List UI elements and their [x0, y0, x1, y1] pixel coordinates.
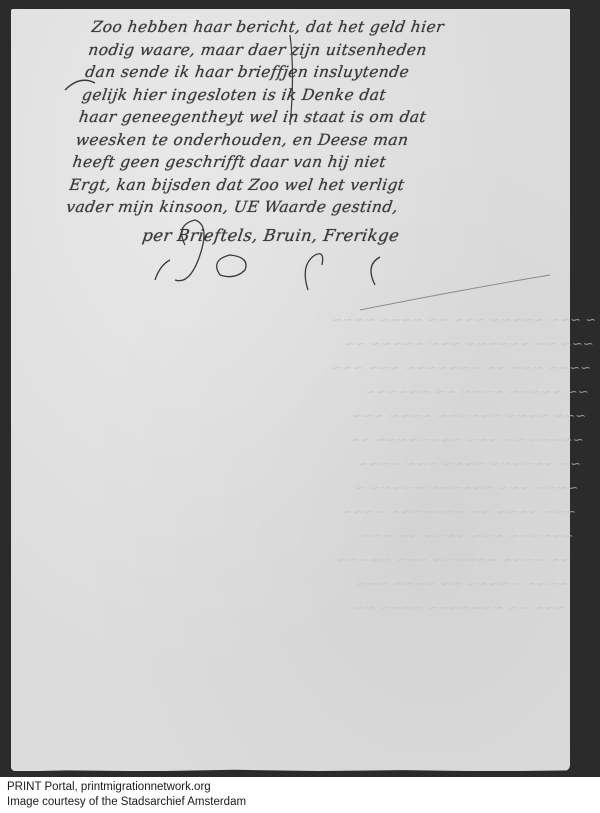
letter-line-7: heeft geen geschrifft daar van hij niet	[71, 151, 574, 174]
signature-line: per Brieftels, Bruin, Frerikge	[61, 225, 564, 248]
letter-body: Zoo hebben haar bericht, dat het geld hi…	[61, 16, 593, 247]
letter-line-9: vader mijn kinsoon, UE Waarde gestind,	[65, 196, 568, 219]
scan-frame: ~ ~~~ ~~~~~ ~~~ ~~ ~~~~ ~~~~ ~~~ ~~ ~~~~…	[0, 0, 600, 777]
caption-credit: Image courtesy of the Stadsarchief Amste…	[7, 795, 246, 810]
bleed-line: ~~ ~~~~~~ ~~~~ ~~~ ~~~~	[110, 453, 583, 477]
bleed-line: ~~~~ ~~~~~ ~~ ~~~~ ~~~	[97, 573, 570, 597]
bleed-line: ~~~~~ ~~ ~~~ ~~~~~~~~ ~~	[112, 429, 585, 453]
image-caption: PRINT Portal, printmigrationnetwork.org …	[7, 780, 246, 810]
bleed-line: ~ ~~~ ~~~~~ ~~~ ~~ ~~~~ ~~~~	[125, 309, 598, 333]
bleed-line: ~~~ ~~~~ ~~ ~~~~~~~ ~~~~	[105, 501, 578, 525]
bleed-line: ~~~~ ~~~ ~~~~~~ ~~~~~ ~	[107, 477, 580, 501]
bleed-through-text: ~ ~~~ ~~~~~ ~~~ ~~ ~~~~ ~~~~ ~~~ ~~ ~~~~…	[95, 309, 598, 621]
bleed-line: ~~~ ~~ ~~~~~~ ~~~ ~~~~~ ~~	[122, 333, 595, 357]
letter-line-1: Zoo hebben haar bericht, dat het geld hi…	[90, 16, 593, 39]
bleed-line: ~~~~ ~~~ ~~ ~~~~~~~ ~~~ ~~~	[120, 357, 593, 381]
bleed-line: ~~ ~~~~ ~~~~~~ ~~~ ~~~~~	[100, 549, 573, 573]
bleed-line: ~~~ ~~ ~~~~~~~ ~~~~ ~~	[95, 597, 568, 621]
letter-line-3: dan sende ik haar brieffjen insluytende	[84, 61, 587, 84]
bleed-line: ~~~ ~~~~ ~~~~~~ ~~~~ ~~~	[115, 405, 588, 429]
bleed-line: ~~~~~~ ~~~ ~~~~ ~~ ~~~	[102, 525, 575, 549]
letter-line-6: weesken te onderhouden, en Deese man	[74, 129, 577, 152]
letter-line-2: nodig waare, maar daer zijn uitsenheden	[87, 39, 590, 62]
letter-line-8: Ergt, kan bijsden dat Zoo wel het verlig…	[68, 174, 571, 197]
bleed-line: ~~ ~~~~~ ~~~~ ~~ ~~~~~~	[117, 381, 590, 405]
caption-source: PRINT Portal, printmigrationnetwork.org	[7, 780, 246, 795]
letter-line-4: gelijk hier ingesloten is ik Denke dat	[81, 84, 584, 107]
letter-line-5: haar geneegentheyt wel in staat is om da…	[77, 106, 580, 129]
